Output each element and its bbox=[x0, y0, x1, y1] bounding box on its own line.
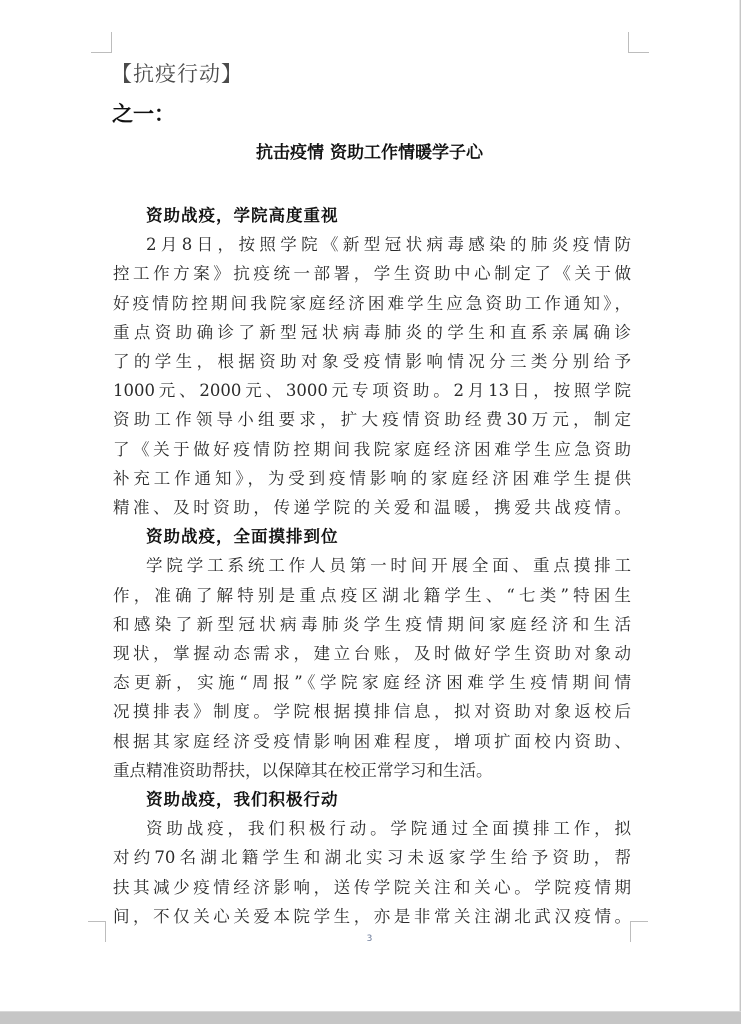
paragraph-line: 精准、及时资助，传递学院的关爱和温暖，携爱共战疫情。 bbox=[113, 493, 631, 522]
paragraph-line: 间，不仅关心关爱本院学生，亦是非常关注湖北武汉疫情。 bbox=[113, 902, 631, 931]
sub-tag: 之一： bbox=[112, 98, 175, 128]
section-heading: 资助战疫，全面摸排到位 bbox=[113, 522, 631, 551]
paragraph-line: 好疫情防控期间我院家庭经济困难学生应急资助工作通知》， bbox=[113, 289, 631, 318]
section-heading: 资助战疫，学院高度重视 bbox=[113, 201, 631, 230]
viewer-bottom-bar bbox=[0, 1011, 741, 1024]
paragraph-line: 了的学生，根据资助对象受疫情影响情况分三类分别给予 bbox=[113, 347, 631, 376]
paragraph-line: 重点资助确诊了新型冠状病毒肺炎的学生和直系亲属确诊 bbox=[113, 318, 631, 347]
paragraph-line: 资助战疫，我们积极行动。学院通过全面摸排工作，拟 bbox=[113, 814, 631, 843]
paragraph-line: 了《关于做好疫情防控期间我院家庭经济困难学生应急资助 bbox=[113, 435, 631, 464]
section-heading: 资助战疫，我们积极行动 bbox=[113, 785, 631, 814]
section-tag: 【抗疫行动】 bbox=[111, 58, 243, 88]
page-number: 3 bbox=[0, 934, 739, 944]
article-title: 抗击疫情 资助工作情暖学子心 bbox=[0, 138, 739, 163]
paragraph-line: 重点精准资助帮扶，以保障其在校正常学习和生活。 bbox=[113, 756, 631, 785]
paragraph-line: 1000元、2000元、3000元专项资助。2月13日，按照学院 bbox=[113, 376, 631, 405]
paragraph-line: 补充工作通知》，为受到疫情影响的家庭经济困难学生提供 bbox=[113, 464, 631, 493]
paragraph-line: 扶其减少疫情经济影响，送传学院关注和关心。学院疫情期 bbox=[113, 873, 631, 902]
paragraph-line: 态更新，实施“周报”《学院家庭经济困难学生疫情期间情 bbox=[113, 668, 631, 697]
crop-mark-top-left bbox=[91, 32, 112, 53]
paragraph-line: 资助工作领导小组要求，扩大疫情资助经费30万元，制定 bbox=[113, 405, 631, 434]
paragraph-line: 控工作方案》抗疫统一部署，学生资助中心制定了《关于做 bbox=[113, 259, 631, 288]
paragraph-line: 作，准确了解特别是重点疫区湖北籍学生、“七类”特困生 bbox=[113, 581, 631, 610]
paragraph-line: 况摸排表》制度。学院根据摸排信息，拟对资助对象返校后 bbox=[113, 697, 631, 726]
paragraph-line: 现状，掌握动态需求，建立台账，及时做好学生资助对象动 bbox=[113, 639, 631, 668]
document-page: 【抗疫行动】 之一： 抗击疫情 资助工作情暖学子心 资助战疫，学院高度重视 2月… bbox=[0, 0, 740, 1011]
paragraph-line: 对约70名湖北籍学生和湖北实习未返家学生给予资助，帮 bbox=[113, 843, 631, 872]
paragraph-line: 2月8日，按照学院《新型冠状病毒感染的肺炎疫情防 bbox=[113, 230, 631, 259]
crop-mark-top-right bbox=[628, 32, 649, 53]
paragraph-line: 学院学工系统工作人员第一时间开展全面、重点摸排工 bbox=[113, 551, 631, 580]
paragraph-line: 根据其家庭经济受疫情影响困难程度，增项扩面校内资助、 bbox=[113, 727, 631, 756]
paragraph-line: 和感染了新型冠状病毒肺炎学生疫情期间家庭经济和生活 bbox=[113, 610, 631, 639]
article-body: 资助战疫，学院高度重视 2月8日，按照学院《新型冠状病毒感染的肺炎疫情防 控工作… bbox=[113, 201, 631, 931]
